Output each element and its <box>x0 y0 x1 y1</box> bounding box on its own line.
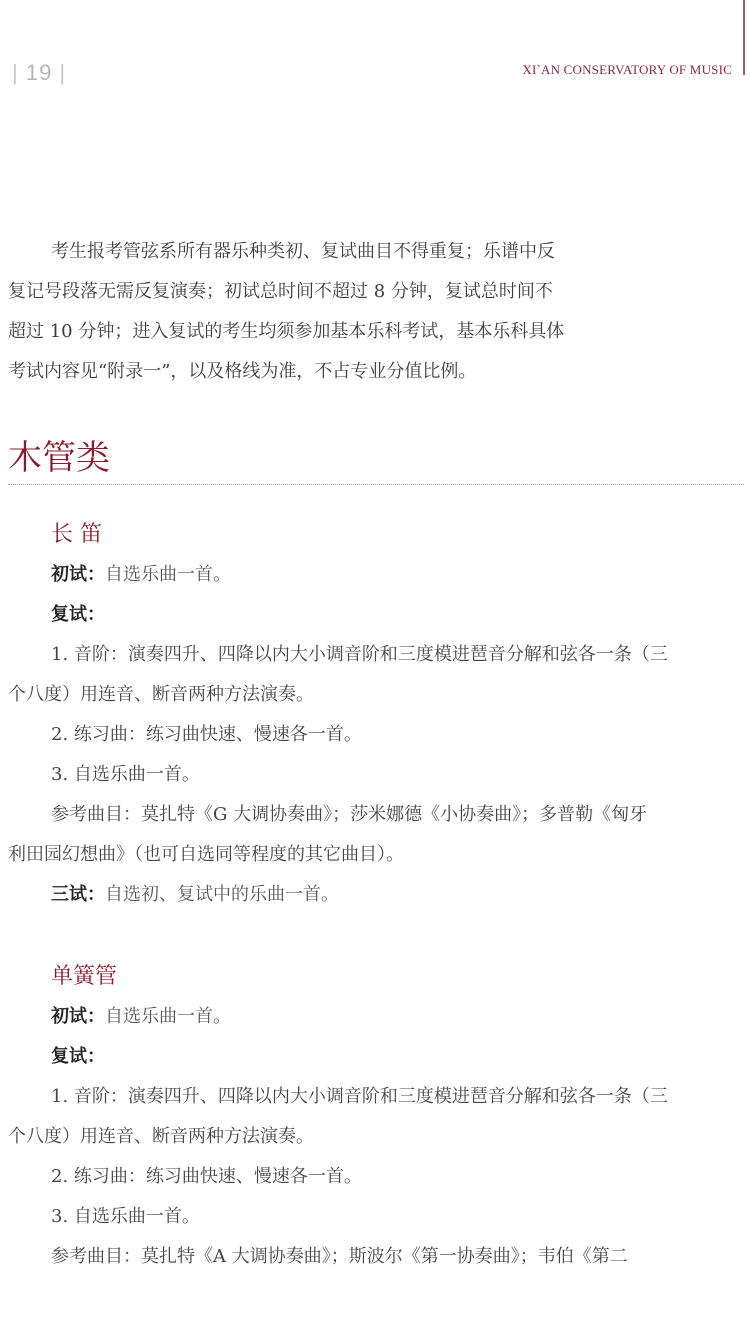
initial-label: 初试： <box>51 1006 105 1027</box>
list-item: 3. 自选乐曲一首。 <box>8 1204 750 1230</box>
initial-value: 自选乐曲一首。 <box>105 1006 231 1027</box>
list-item: 1. 音阶：演奏四升、四降以内大小调音阶和三度模进琶音分解和弦各一条（三 <box>8 642 750 668</box>
second-label: 复试： <box>51 1046 105 1067</box>
second-label: 复试： <box>51 604 105 625</box>
page-number: | 19 | <box>12 60 66 86</box>
intro-line: 超过 10 分钟；进入复试的考生均须参加基本乐科考试，基本乐科具体 <box>8 312 636 352</box>
initial-exam: 初试：自选乐曲一首。 <box>8 1004 750 1030</box>
list-item: 2. 练习曲：练习曲快速、慢速各一首。 <box>8 722 750 748</box>
intro-line: 考生报考管弦系所有器乐种类初、复试曲目不得重复；乐谱中反 <box>8 232 636 272</box>
initial-value: 自选乐曲一首。 <box>105 564 231 585</box>
list-item: 2. 练习曲：练习曲快速、慢速各一首。 <box>8 1164 750 1190</box>
header-brand: XI`AN CONSERVATORY OF MUSIC <box>522 62 732 78</box>
instrument-title-clarinet: 单簧管 <box>51 962 117 992</box>
instrument-title-flute: 长 笛 <box>51 520 102 550</box>
list-item: 利田园幻想曲》（也可自选同等程度的其它曲目）。 <box>8 842 748 868</box>
third-label: 三试： <box>51 884 105 905</box>
list-item: 个八度）用连音、断音两种方法演奏。 <box>8 1124 748 1150</box>
third-exam: 三试：自选初、复试中的乐曲一首。 <box>8 882 750 908</box>
list-item: 参考曲目：莫扎特《G 大调协奏曲》；莎米娜德《小协奏曲》；多普勒《匈牙 <box>8 802 750 828</box>
section-title: 木管类 <box>8 436 110 480</box>
intro-line: 考试内容见“附录一”，以及格线为准，不占专业分值比例。 <box>8 352 636 392</box>
list-item: 参考曲目：莫扎特《A 大调协奏曲》；斯波尔《第一协奏曲》；韦伯《第二 <box>8 1244 750 1270</box>
list-item: 个八度）用连音、断音两种方法演奏。 <box>8 682 748 708</box>
section-divider <box>8 484 744 485</box>
intro-paragraph: 考生报考管弦系所有器乐种类初、复试曲目不得重复；乐谱中反 复记号段落无需反复演奏… <box>8 232 636 392</box>
initial-exam: 初试：自选乐曲一首。 <box>8 562 750 588</box>
second-exam: 复试： <box>8 1044 750 1070</box>
initial-label: 初试： <box>51 564 105 585</box>
intro-line: 复记号段落无需反复演奏；初试总时间不超过 8 分钟，复试总时间不 <box>8 272 636 312</box>
second-exam: 复试： <box>8 602 750 628</box>
page-number-value: 19 <box>26 60 52 85</box>
header-rule <box>743 0 745 75</box>
third-value: 自选初、复试中的乐曲一首。 <box>105 884 339 905</box>
list-item: 1. 音阶：演奏四升、四降以内大小调音阶和三度模进琶音分解和弦各一条（三 <box>8 1084 750 1110</box>
list-item: 3. 自选乐曲一首。 <box>8 762 750 788</box>
